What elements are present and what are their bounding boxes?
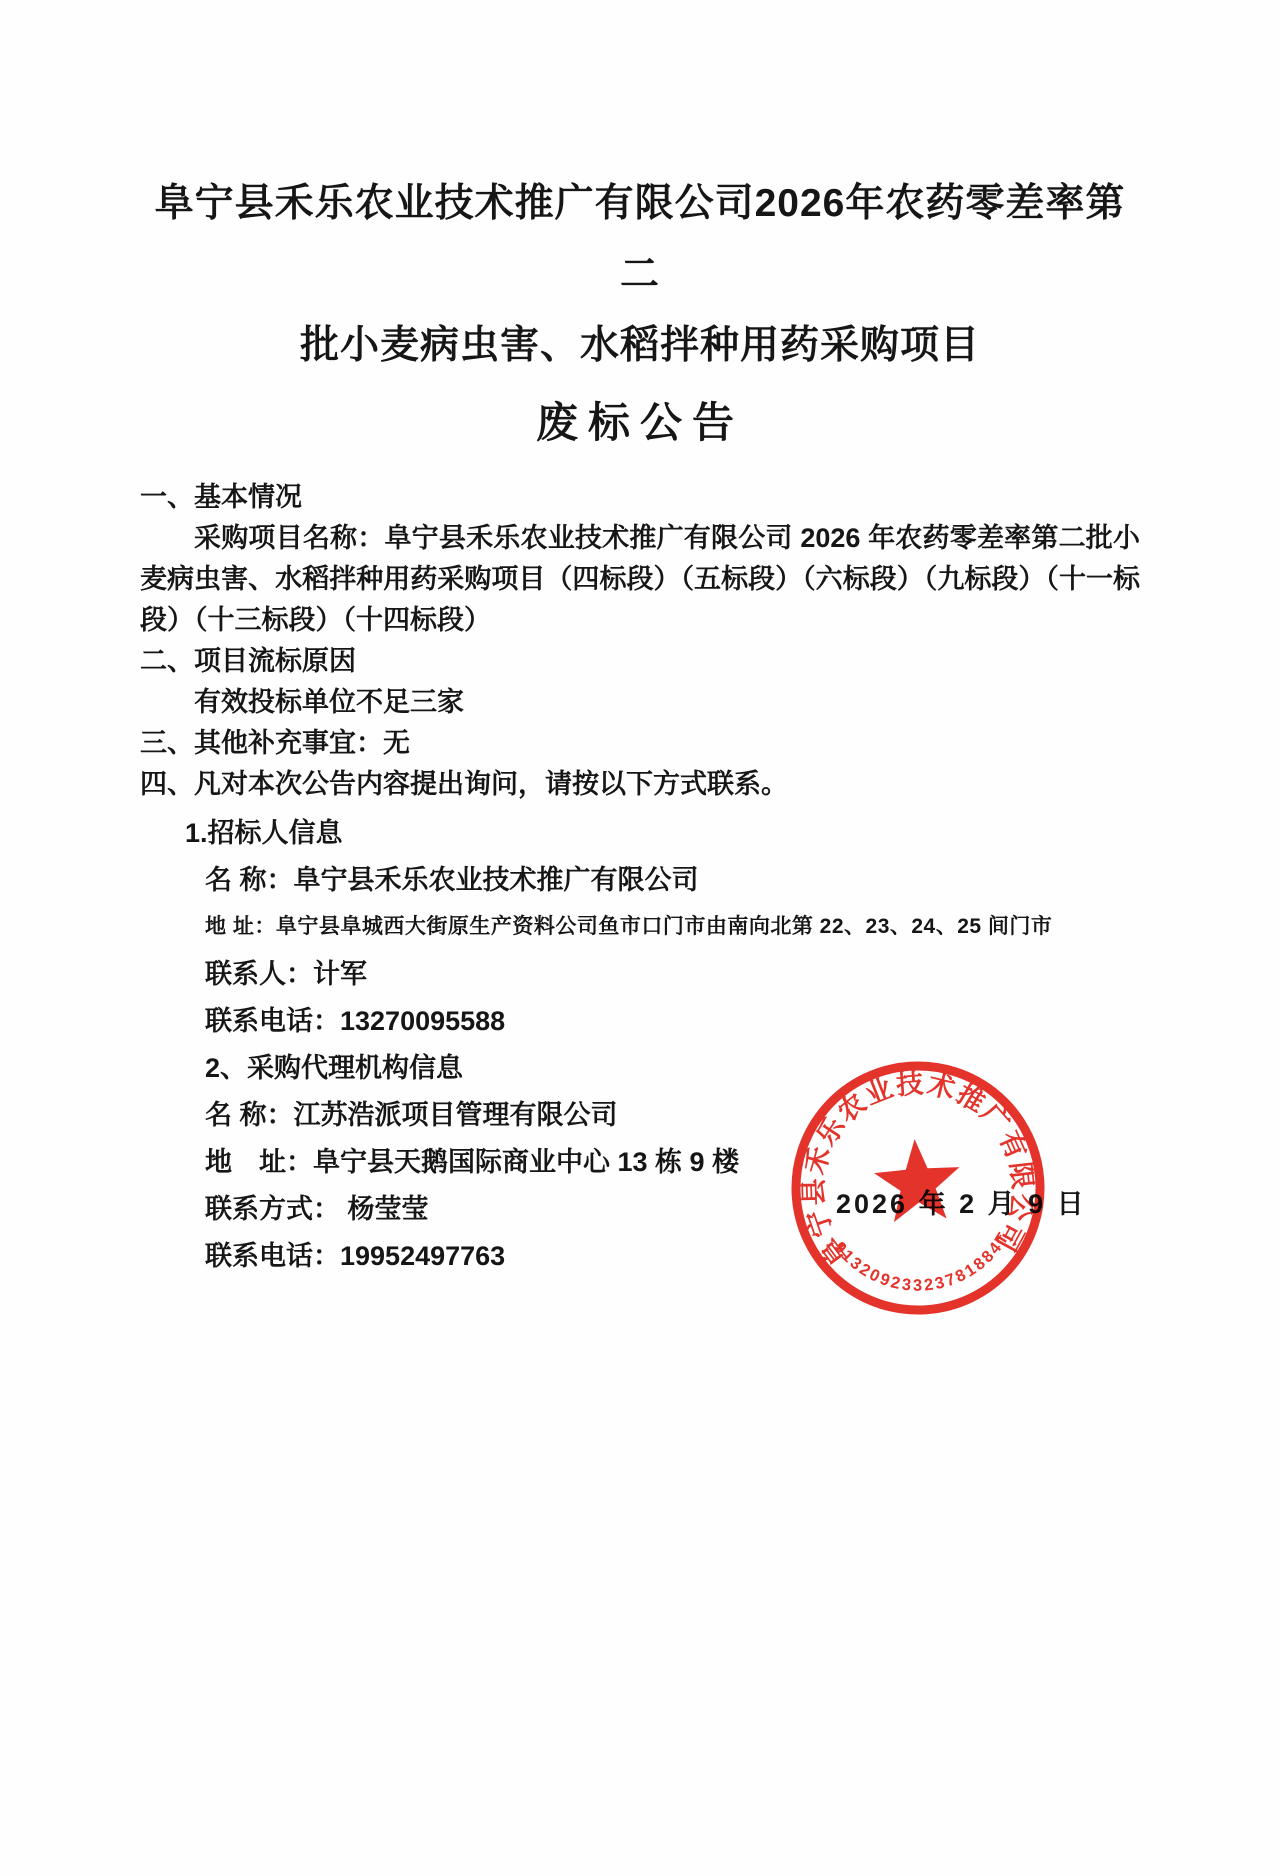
section-3-heading: 三、其他补充事宜：无 bbox=[140, 723, 1140, 764]
announcement-page: 阜宁县禾乐农业技术推广有限公司2026年农药零差率第二 批小麦病虫害、水稻拌种用… bbox=[0, 0, 1280, 1876]
bidder-info-heading: 1.招标人信息 bbox=[140, 815, 1140, 851]
project-name-paragraph: 采购项目名称：阜宁县禾乐农业技术推广有限公司 2026 年农药零差率第二批小麦病… bbox=[140, 518, 1140, 641]
seal-star bbox=[872, 1136, 963, 1223]
document-body: 阜宁县禾乐农业技术推广有限公司2026年农药零差率第二 批小麦病虫害、水稻拌种用… bbox=[0, 0, 1280, 1274]
section-4-heading: 四、凡对本次公告内容提出询问，请按以下方式联系。 bbox=[140, 764, 1140, 805]
bidder-address: 地 址：阜宁县阜城西大街原生产资料公司鱼市口门市由南向北第 22、23、24、2… bbox=[140, 909, 1140, 945]
document-title-line2: 批小麦病虫害、水稻拌种用药采购项目 bbox=[140, 310, 1140, 381]
section-2-heading: 二、项目流标原因 bbox=[140, 641, 1140, 682]
bidder-name: 名 称：阜宁县禾乐农业技术推广有限公司 bbox=[140, 862, 1140, 898]
document-subtitle: 废标公告 bbox=[140, 395, 1140, 451]
company-seal: 阜宁县禾乐农业技术推广有限公司 91320923323781884T bbox=[777, 1047, 1059, 1329]
company-seal-graphic: 阜宁县禾乐农业技术推广有限公司 91320923323781884T bbox=[777, 1047, 1059, 1329]
cancellation-reason: 有效投标单位不足三家 bbox=[140, 682, 1140, 723]
bidder-phone: 联系电话：13270095588 bbox=[140, 1003, 1140, 1039]
document-title-line1: 阜宁县禾乐农业技术推广有限公司2026年农药零差率第二 bbox=[140, 168, 1140, 310]
section-1-heading: 一、基本情况 bbox=[140, 477, 1140, 518]
bidder-contact-person: 联系人：计军 bbox=[140, 956, 1140, 992]
